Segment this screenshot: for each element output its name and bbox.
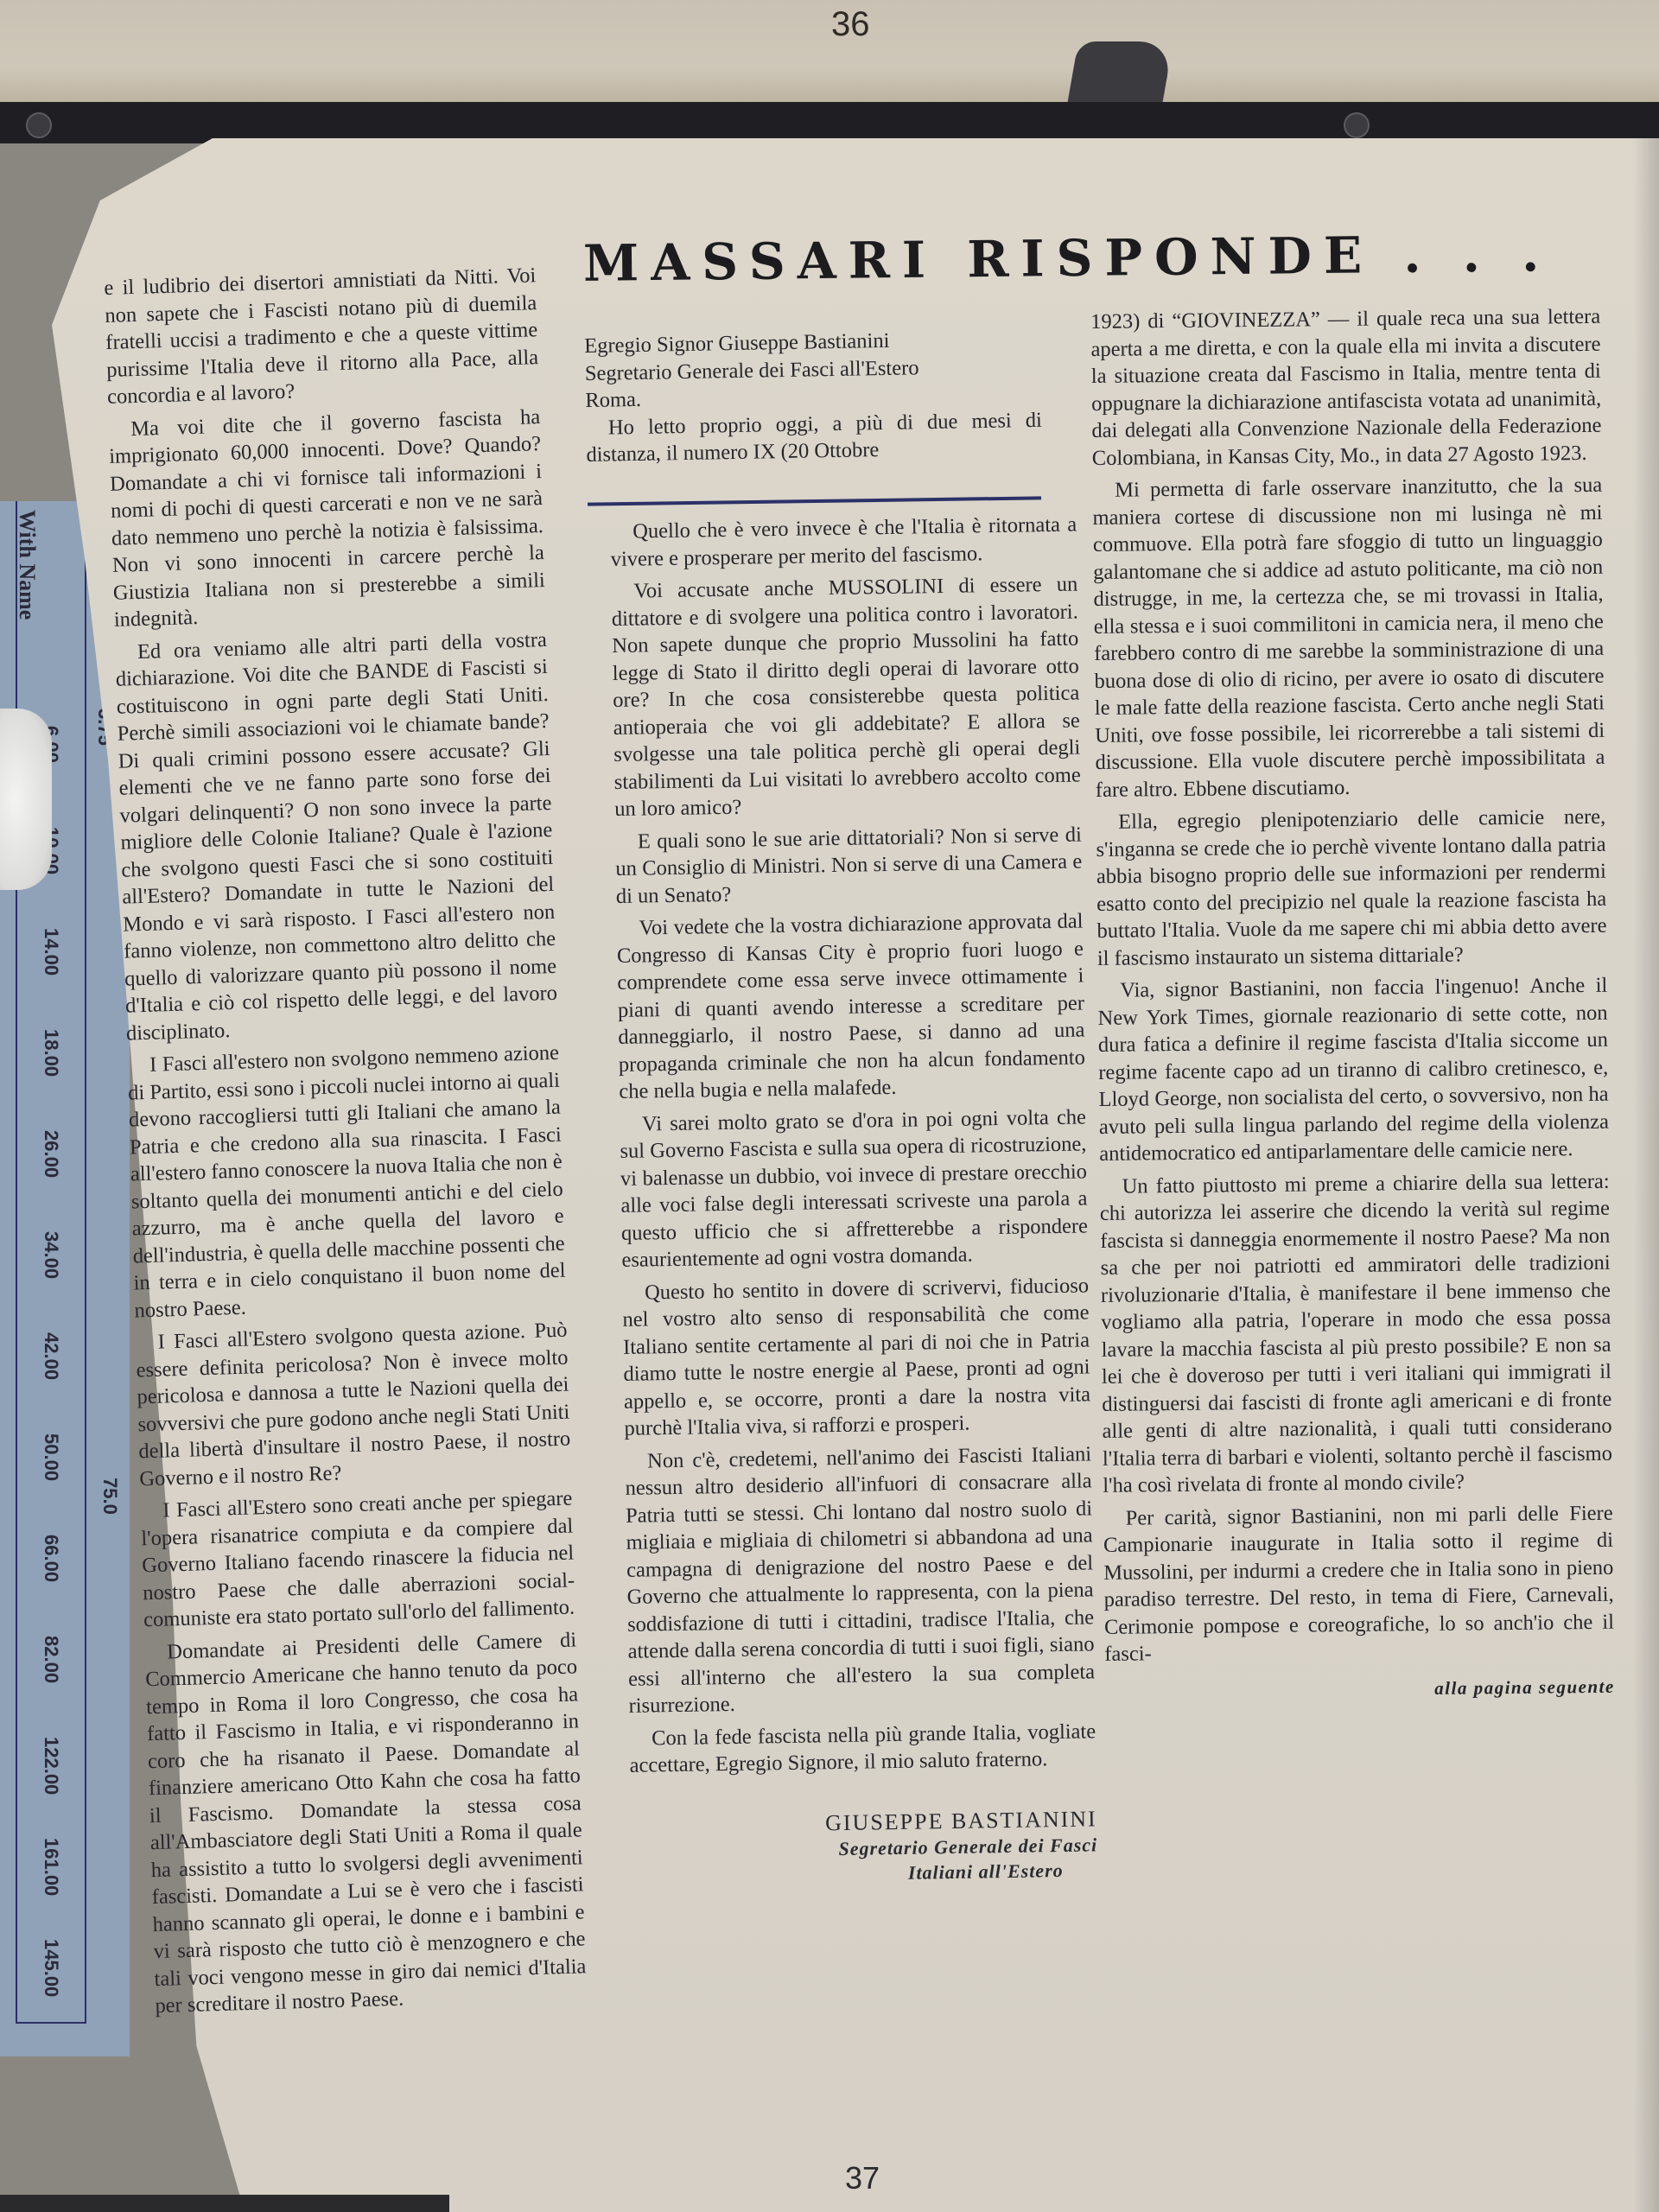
paragraph: Voi accusate anche MUSSOLINI di essere u… — [611, 571, 1081, 823]
paragraph: Ma voi dite che il governo fascista ha i… — [108, 404, 546, 634]
letter-salutation: Egregio Signor Giuseppe Bastianini Segre… — [584, 325, 1043, 469]
middle-column: Quello che è vero invece è che l'Italia … — [610, 512, 1098, 1890]
price-value: 34.00 — [40, 1231, 62, 1313]
price-value: 50.00 — [40, 1433, 62, 1516]
gloved-thumb — [0, 709, 52, 890]
binder-hole — [1344, 112, 1370, 138]
signature-block: GIUSEPPE BASTIANINI Segretario Generale … — [631, 1805, 1098, 1890]
binder-hole — [26, 112, 52, 138]
price-value: 66.00 — [40, 1535, 62, 1617]
paragraph: Un fatto piuttosto mi preme a chiarire d… — [1099, 1167, 1612, 1499]
paragraph: I Fasci all'Estero sono creati anche per… — [140, 1485, 575, 1634]
price-column-a: 6.00 10.00 14.00 18.00 26.00 34.00 42.00… — [40, 726, 62, 2040]
paragraph: Via, signor Bastianini, non faccia l'ing… — [1097, 972, 1609, 1168]
paragraph: 1923) di “GIOVINEZZA” — il quale reca un… — [1090, 303, 1602, 472]
previous-page-strip: 36 — [0, 0, 1659, 112]
right-column: 1923) di “GIOVINEZZA” — il quale reca un… — [1090, 303, 1615, 1706]
price-value: 75.0 — [99, 1478, 121, 1560]
paragraph: Quello che è vero invece è che l'Italia … — [610, 512, 1077, 573]
price-value: 122.00 — [40, 1737, 62, 1819]
binder-bar — [0, 102, 1659, 143]
paragraph: Ella, egregio plenipotenziario delle cam… — [1096, 804, 1607, 972]
price-value: 14.00 — [40, 928, 62, 1010]
paragraph: Domandate ai Presidenti delle Camere di … — [144, 1626, 588, 2020]
paragraph: Con la fede fascista nella più grande It… — [629, 1718, 1096, 1779]
paragraph: E quali sono le sue arie dittatoriali? N… — [615, 821, 1083, 910]
paragraph: Per carità, signor Bastianini, non mi pa… — [1103, 1499, 1614, 1668]
paragraph: I Fasci all'Estero svolgono questa azion… — [135, 1317, 571, 1493]
price-value: 161.00 — [40, 1838, 62, 1920]
paragraph: Questo ho sentito in dovere di scrivervi… — [622, 1272, 1091, 1442]
price-value: 18.00 — [40, 1029, 62, 1111]
article-title: MASSARI RISPONDE . . . — [583, 224, 1552, 293]
page-edge-shadow — [1633, 138, 1659, 2212]
left-column: e il ludibrio dei disertori amnistiati d… — [104, 262, 588, 2024]
price-value: 145.00 — [40, 1939, 62, 2021]
price-value: 82.00 — [40, 1636, 62, 1718]
paragraph: e il ludibrio dei disertori amnistiati d… — [104, 262, 539, 410]
previous-page-number: 36 — [831, 5, 870, 44]
page-number: 37 — [845, 2160, 880, 2196]
paragraph: Ho letto proprio oggi, a più di due mesi… — [586, 406, 1043, 468]
paragraph: Ed ora veniamo alle altri parti della vo… — [115, 626, 559, 1046]
price-value: 42.00 — [40, 1332, 62, 1414]
paragraph: Vi sarei molto grato se d'ora in poi ogn… — [620, 1103, 1089, 1274]
paragraph: Voi vedete che la vostra dichiarazione a… — [616, 907, 1085, 1105]
paragraph: I Fasci all'estero non svolgono nemmeno … — [127, 1039, 567, 1325]
price-chart-header: With Name — [14, 510, 40, 620]
paragraph: Mi permetta di farle osservare inanzitut… — [1092, 472, 1605, 804]
binder-bottom-shadow — [0, 2195, 449, 2212]
price-value: 26.00 — [40, 1130, 62, 1212]
price-column-b: 75.0 — [99, 1478, 121, 1579]
paragraph: Non c'è, credetemi, nell'animo dei Fasci… — [625, 1440, 1096, 1719]
continued-on-next-page: alla pagina seguente — [1105, 1673, 1615, 1706]
